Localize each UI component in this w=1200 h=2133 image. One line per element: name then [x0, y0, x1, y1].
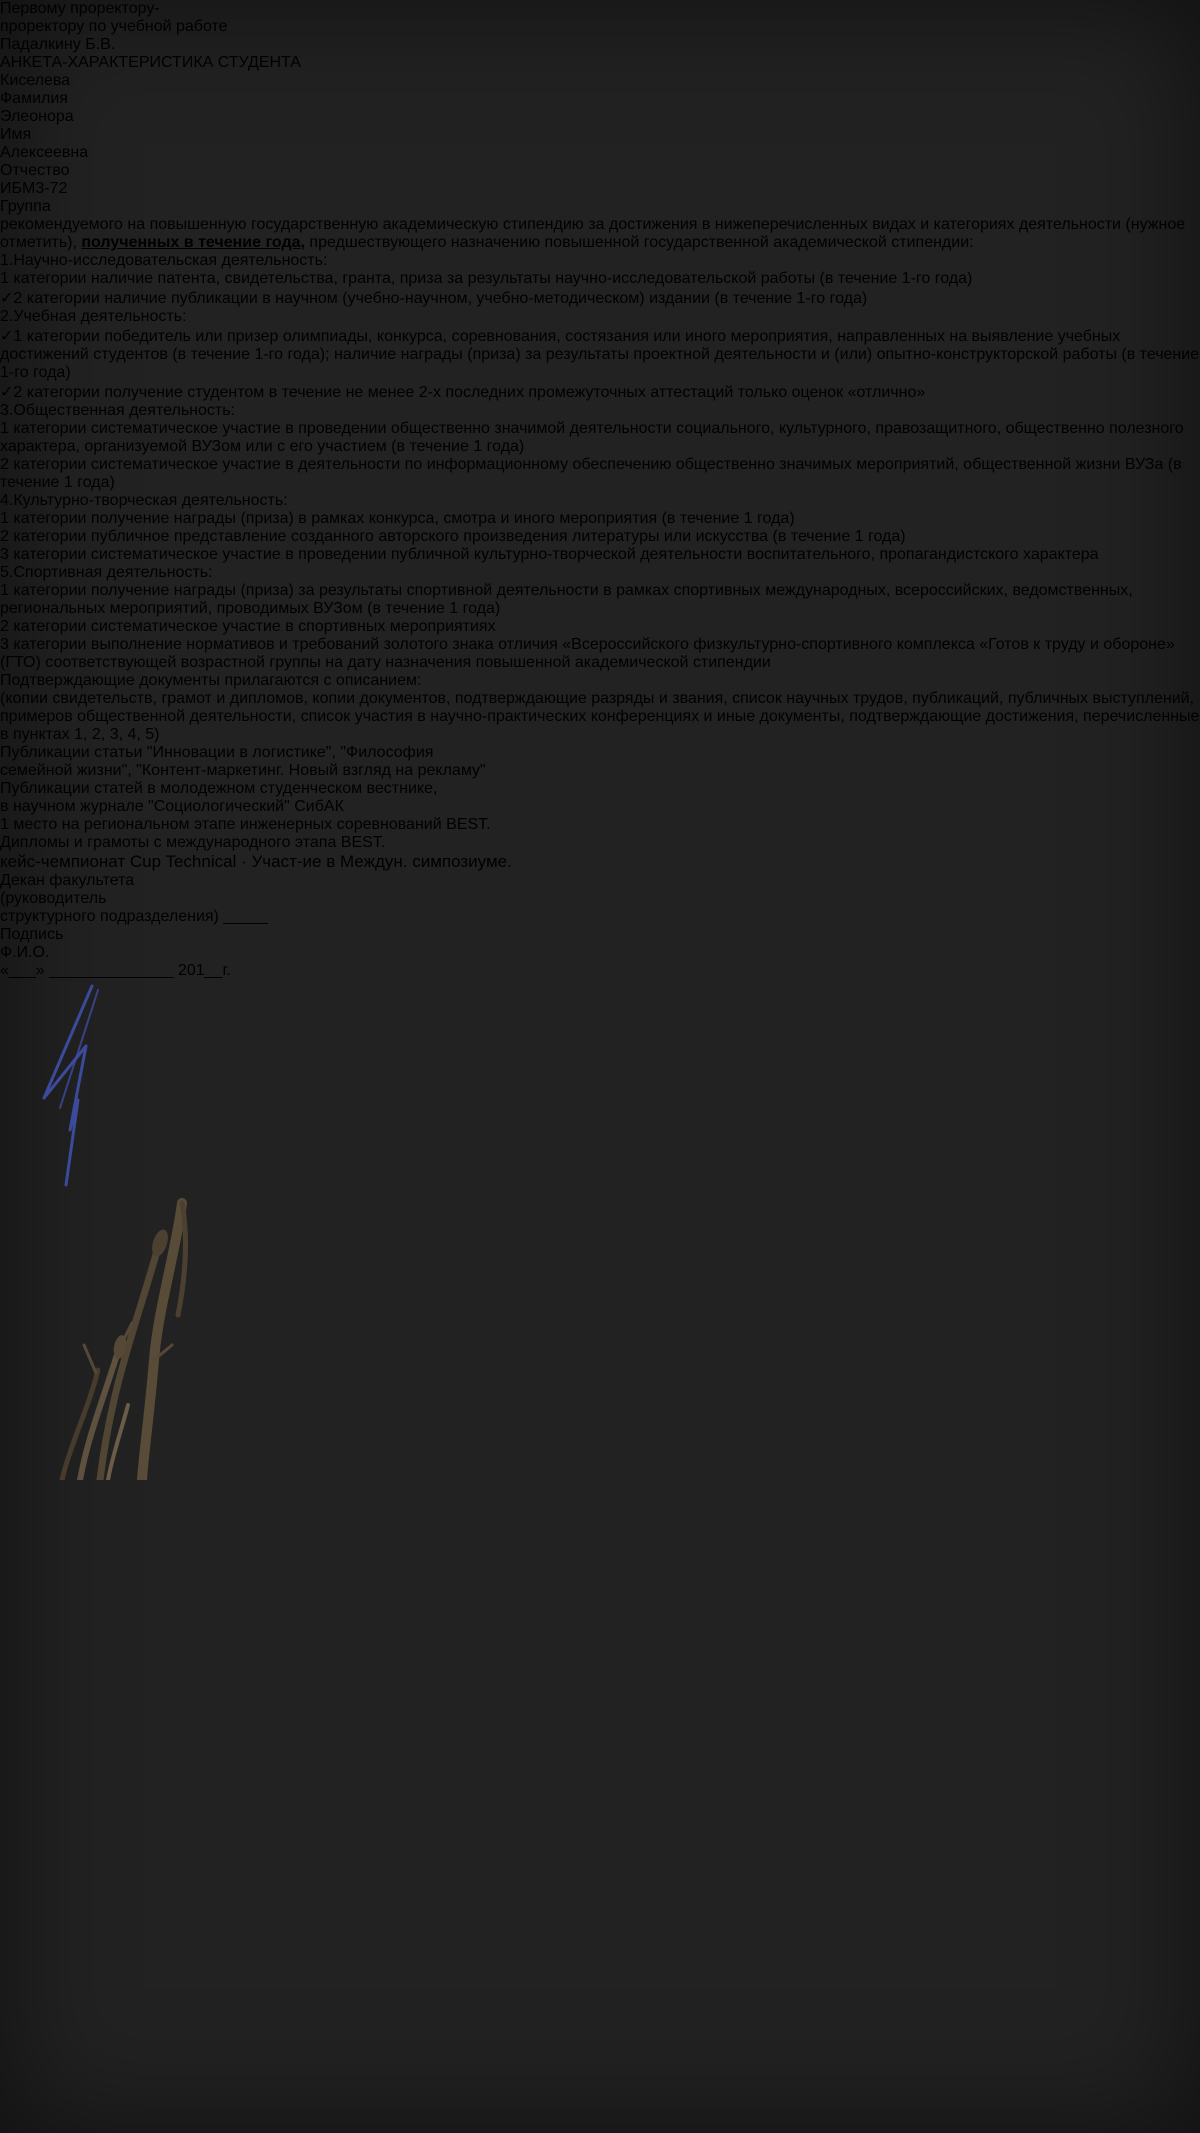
- section-research: 1.Научно-исследовательская деятельность:…: [0, 252, 1200, 308]
- dean-line: Декан факультета: [0, 872, 1200, 890]
- checkmark-icon: ✓: [0, 328, 13, 345]
- category-row: 3 категории систематическое участие в пр…: [0, 546, 1200, 564]
- photo-of-document: Первому проректору- проректору по учебно…: [0, 0, 1200, 2133]
- category-description: публичное представление созданного автор…: [91, 528, 906, 545]
- handwritten-achievements: Публикации статьи "Инновации в логистике…: [0, 744, 1200, 872]
- documents-heading: Подтверждающие документы прилагаются с о…: [0, 672, 1200, 690]
- dried-twigs: [0, 1195, 290, 1480]
- section-sport: 5.Спортивная деятельность: 1 категории п…: [0, 564, 1200, 672]
- handwritten-line: Дипломы и грамоты с международного этапа…: [0, 834, 1200, 852]
- section-social: 3.Общественная деятельность: 1 категории…: [0, 402, 1200, 492]
- category-description: систематическое участие в спортивных мер…: [91, 618, 496, 635]
- checkmark-icon: ✓: [0, 384, 13, 401]
- dean-line: (руководитель: [0, 890, 1200, 908]
- checkbox[interactable]: ✓: [0, 384, 13, 401]
- section-number: 1.: [0, 252, 13, 269]
- section-title: Культурно-творческая деятельность:: [13, 492, 287, 509]
- category-label: 2 категории: [0, 528, 86, 545]
- activity-sections: 1.Научно-исследовательская деятельность:…: [0, 252, 1200, 672]
- category-description: систематическое участие в проведении пуб…: [91, 546, 1099, 563]
- handwritten-line: семейной жизни", "Контент-маркетинг. Нов…: [0, 762, 1200, 780]
- fio-line[interactable]: Ф.И.О.: [0, 944, 1200, 962]
- desk-background-top: [0, 0, 1200, 175]
- intro-bold-text: полученных в течение года,: [81, 234, 305, 251]
- category-label: 1 категории: [0, 582, 86, 599]
- documents-description: (копии свидетельств, грамот и дипломов, …: [0, 690, 1200, 744]
- section-title: Общественная деятельность:: [13, 402, 235, 419]
- section-heading: 1.Научно-исследовательская деятельность:: [0, 252, 1200, 270]
- checkbox[interactable]: ✓: [0, 328, 13, 345]
- category-row: ✓2 категории наличие публикации в научно…: [0, 288, 1200, 308]
- section-number: 3.: [0, 402, 13, 419]
- handwritten-line: Публикации статей в молодежном студенчес…: [0, 780, 1200, 798]
- category-label: 2 категории: [13, 384, 99, 401]
- section-number: 2.: [0, 308, 13, 325]
- handwritten-line: 1 место на региональном этапе инженерных…: [0, 816, 1200, 834]
- category-description: выполнение нормативов и требований золот…: [0, 636, 1175, 671]
- checkmark-icon: ✓: [0, 290, 13, 307]
- document-page: Первому проректору- проректору по учебно…: [0, 0, 1200, 1195]
- category-row: ✓2 категории получение студентом в течен…: [0, 382, 1200, 402]
- section-title: Учебная деятельность:: [13, 308, 186, 325]
- category-label: 1 категории: [13, 328, 99, 345]
- category-row: 3 категории выполнение нормативов и треб…: [0, 636, 1200, 672]
- category-row: 1 категории получение награды (приза) за…: [0, 582, 1200, 618]
- category-label: 1 категории: [0, 510, 86, 527]
- category-description: победитель или призер олимпиады, конкурс…: [0, 328, 1199, 381]
- signature-line[interactable]: Подпись: [0, 926, 1200, 944]
- group-value: ИБМ3-72: [0, 180, 67, 197]
- category-row: ✓1 категории победитель или призер олимп…: [0, 326, 1200, 382]
- category-description: систематическое участие в проведении общ…: [0, 420, 1184, 455]
- handwritten-line: в научном журнале "Социологический" СибА…: [0, 798, 1200, 816]
- fio-label: Ф.И.О.: [0, 944, 49, 961]
- category-row: 1 категории получение награды (приза) в …: [0, 510, 1200, 528]
- dean-block: Декан факультета (руководитель структурн…: [0, 872, 1200, 926]
- handwritten-text: · Участ-ие в Междун. симпозиуме.: [236, 852, 511, 871]
- group-label: Группа: [0, 198, 224, 216]
- handwritten-struck-text: кейс-чемпионат Cup Technical: [0, 852, 236, 871]
- category-label: 2 категории: [0, 456, 86, 473]
- intro-paragraph: рекомендуемого на повышенную государстве…: [0, 216, 1200, 252]
- category-label: 2 категории: [13, 290, 99, 307]
- category-label: 3 категории: [0, 546, 86, 563]
- category-description: получение студентом в течение не менее 2…: [104, 384, 925, 401]
- date-line[interactable]: «___» ______________ 201__г.: [0, 962, 1200, 980]
- category-row: 2 категории систематическое участие в де…: [0, 456, 1200, 492]
- category-label: 2 категории: [0, 618, 86, 635]
- category-label: 3 категории: [0, 636, 86, 653]
- intro-text: предшествующего назначению повышенной го…: [305, 234, 974, 251]
- section-study: 2.Учебная деятельность: ✓1 категории поб…: [0, 308, 1200, 402]
- category-description: получение награды (приза) за результаты …: [0, 582, 1133, 617]
- section-title: Научно-исследовательская деятельность:: [13, 252, 327, 269]
- category-description: получение награды (приза) в рамках конку…: [91, 510, 795, 527]
- section-cultural: 4.Культурно-творческая деятельность: 1 к…: [0, 492, 1200, 564]
- section-heading: 5.Спортивная деятельность:: [0, 564, 1200, 582]
- handwritten-line: Публикации статьи "Инновации в логистике…: [0, 744, 1200, 762]
- pen-signature: [0, 980, 170, 1190]
- category-row: 2 категории публичное представление созд…: [0, 528, 1200, 546]
- category-row: 2 категории систематическое участие в сп…: [0, 618, 1200, 636]
- section-number: 4.: [0, 492, 13, 509]
- category-label: 1 категории: [0, 270, 86, 287]
- category-description: наличие патента, свидетельства, гранта, …: [91, 270, 972, 287]
- dean-line: структурного подразделения) _____: [0, 908, 1200, 926]
- checkbox[interactable]: ✓: [0, 290, 13, 307]
- section-title: Спортивная деятельность:: [13, 564, 212, 581]
- section-heading: 4.Культурно-творческая деятельность:: [0, 492, 1200, 510]
- category-row: 1 категории систематическое участие в пр…: [0, 420, 1200, 456]
- section-heading: 2.Учебная деятельность:: [0, 308, 1200, 326]
- category-label: 1 категории: [0, 420, 86, 437]
- handwritten-line: кейс-чемпионат Cup Technical · Участ-ие …: [0, 852, 1200, 872]
- category-description: систематическое участие в деятельности п…: [0, 456, 1182, 491]
- category-description: наличие публикации в научном (учебно-нау…: [104, 290, 867, 307]
- section-heading: 3.Общественная деятельность:: [0, 402, 1200, 420]
- category-row: 1 категории наличие патента, свидетельст…: [0, 270, 1200, 288]
- group-field[interactable]: ИБМ3-72: [0, 180, 224, 198]
- section-number: 5.: [0, 564, 13, 581]
- signature-label: Подпись: [0, 926, 63, 943]
